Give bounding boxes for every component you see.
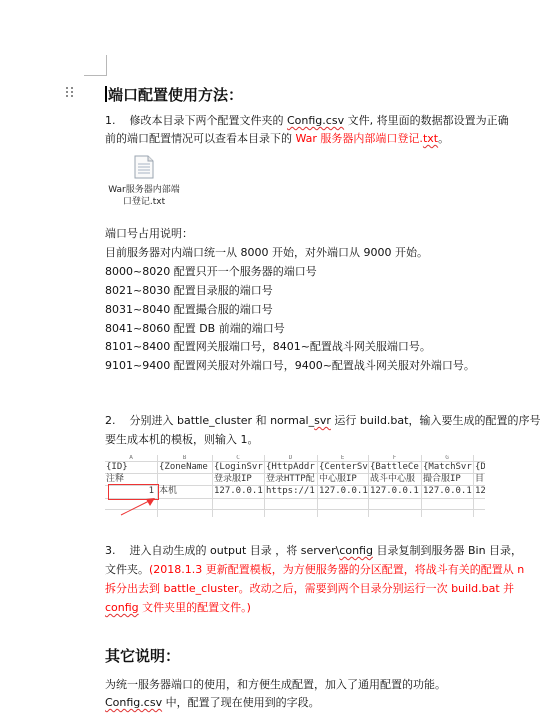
port-line: 8031~8040 配置撮合服的端口号 xyxy=(105,302,273,318)
page-margin-corner-mark xyxy=(84,55,107,76)
step3-line1: 3. 进入自动生成的 output 目录 ，将 server\config 目录… xyxy=(105,543,522,559)
port-line: 9101~9400 配置网关服对外端口号，9400~配置战斗网关服对外端口号。 xyxy=(105,358,475,374)
red-arrow-icon xyxy=(119,495,159,517)
step2-line1: 2. 分别进入 battle_cluster 和 normal_svr 运行 b… xyxy=(105,413,540,429)
port-line: 8041~8060 配置 DB 前端的端口号 xyxy=(105,321,285,337)
step3-line3: 拆分出去到 battle_cluster。改动之后，需要到两个目录分别运行一次 … xyxy=(105,581,514,597)
step1-line2: 前的端口配置情况可以查看本目录下的 War 服务器内部端口登记.txt。 xyxy=(105,131,449,147)
spreadsheet-screenshot: A B C D E F G {ID} {ZoneName {LoginSvr {… xyxy=(105,455,485,517)
step2-line2: 要生成本机的模板，则输入 1。 xyxy=(105,432,259,448)
config-csv-filename: Config.csv xyxy=(287,114,344,127)
port-register-link[interactable]: War 服务器内部端口登记. xyxy=(296,132,423,145)
other-notes-line2: Config.csv 中，配置了现在使用到的字段。 xyxy=(105,695,320,711)
drag-handle-icon[interactable] xyxy=(66,87,76,99)
attachment-filename: War服务器内部端口登记.txt xyxy=(105,184,183,208)
step1-line1: 1. 修改本目录下两个配置文件夹的 Config.csv 文件, 将里面的数据都… xyxy=(105,113,509,129)
port-line: 8101~8400 配置网关服端口号，8401~配置战斗网关服端口号。 xyxy=(105,339,431,355)
section-heading-port-config: 端口配置使用方法： xyxy=(105,84,243,105)
other-notes-line1: 为统一服务器端口的使用，和方便生成配置，加入了通用配置的功能。 xyxy=(105,677,446,693)
text-cursor xyxy=(105,86,107,102)
step3-line4: config 文件夹里的配置文件。) xyxy=(105,600,251,616)
port-usage-heading: 端口号占用说明： xyxy=(105,226,193,242)
section-heading-other-notes: 其它说明： xyxy=(105,645,180,666)
step3-line2: 文件夹。(2018.1.3 更新配置模板，为方便服务器的分区配置，将战斗有关的配… xyxy=(105,562,524,578)
port-line: 目前服务器对内端口统一从 8000 开始，对外端口从 9000 开始。 xyxy=(105,245,428,261)
text-file-icon[interactable] xyxy=(134,155,154,179)
port-line: 8021~8030 配置目录服的端口号 xyxy=(105,283,273,299)
port-line: 8000~8020 配置只开一个服务器的端口号 xyxy=(105,264,317,280)
